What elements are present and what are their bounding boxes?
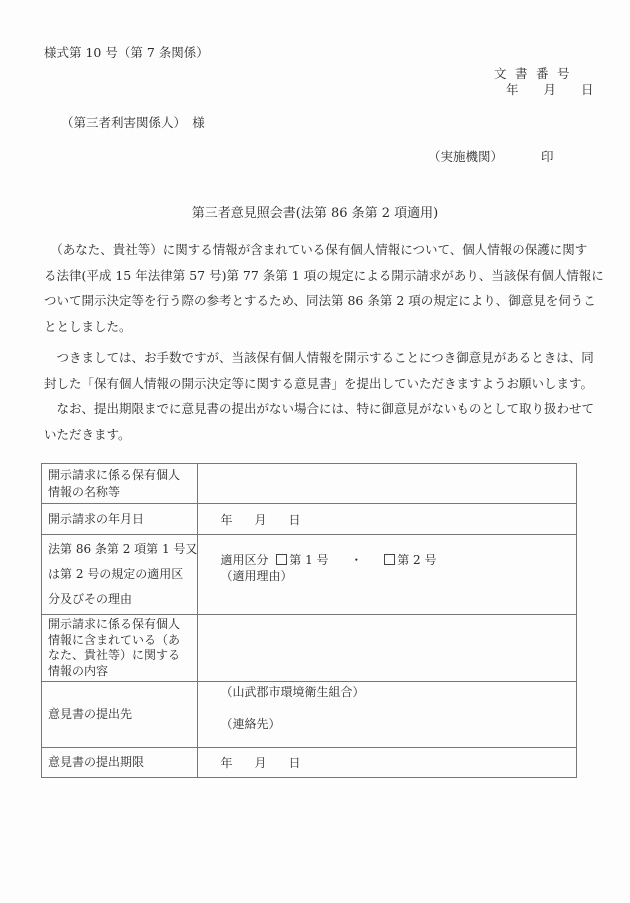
table-row: 法第 86 条第 2 項第 1 号又 は第 2 号の規定の適用区 分及びその理由…	[42, 535, 577, 615]
request-date-field[interactable]: 年月日	[198, 504, 577, 535]
date-year: 年	[220, 754, 232, 771]
date-year: 年	[220, 511, 232, 528]
document-date: 年月日	[506, 80, 594, 98]
seal-mark: 印	[541, 147, 554, 165]
table-row: 開示請求に係る保有個人 情報に含まれている（あ なた、貴社等）に関する 情報の内…	[42, 615, 577, 682]
text-line: いただきます。	[44, 422, 584, 448]
date-year: 年	[506, 80, 519, 98]
label-line: 開示請求に係る保有個人	[48, 467, 197, 484]
checkbox-icon[interactable]	[384, 554, 395, 565]
label-line: 情報の名称等	[48, 484, 197, 501]
label-line: なた、貴社等）に関する	[48, 648, 197, 664]
option-1[interactable]: 第 1 号	[276, 553, 328, 567]
date-month: 月	[254, 511, 266, 528]
organization-name: （山武郡市環境衛生組合）	[220, 683, 576, 700]
table-row: 開示請求の年月日 年月日	[42, 504, 577, 535]
row-label: 法第 86 条第 2 項第 1 号又 は第 2 号の規定の適用区 分及びその理由	[42, 535, 198, 615]
row-label: 意見書の提出期限	[42, 748, 198, 778]
row-label: 意見書の提出先	[42, 682, 198, 748]
paragraph-3: なお、提出期限までに意見書の提出がない場合には、特に御意見がないものとして取り扱…	[44, 396, 584, 447]
category-label: 適用区分	[220, 553, 268, 567]
deadline-field[interactable]: 年月日	[198, 748, 577, 778]
text-line: ついて開示決定等を行う際の参考とするため、同法第 86 条第 2 項の規定により…	[44, 288, 584, 314]
checkbox-icon[interactable]	[276, 554, 287, 565]
table-row: 意見書の提出期限 年月日	[42, 748, 577, 778]
text-line: 封した「保有個人情報の開示決定等に関する意見書」を提出していただきますようお願い…	[44, 371, 584, 397]
contact-label: （連絡先）	[220, 715, 576, 732]
document-title: 第三者意見照会書(法第 86 条第 2 項適用)	[0, 202, 630, 221]
label-line: 分及びその理由	[48, 587, 197, 612]
label-line: は第 2 号の規定の適用区	[48, 562, 197, 587]
category-field: 適用区分 第 1 号 ・ 第 2 号 （適用理由）	[198, 535, 577, 615]
paragraph-1: （あなた、貴社等）に関する情報が含まれている保有個人情報について、個人情報の保護…	[44, 237, 584, 339]
text-line: （あなた、貴社等）に関する情報が含まれている保有個人情報について、個人情報の保護…	[44, 237, 584, 263]
table-row: 開示請求に係る保有個人 情報の名称等	[42, 464, 577, 504]
option-1-label: 第 1 号	[289, 553, 328, 567]
date-day: 日	[288, 754, 300, 771]
label-line: 情報に含まれている（あ	[48, 633, 197, 649]
label-line: 開示請求に係る保有個人	[48, 617, 197, 633]
row-label: 開示請求の年月日	[42, 504, 198, 535]
option-2[interactable]: 第 2 号	[384, 553, 436, 567]
separator: ・	[350, 553, 362, 567]
text-line: つきましては、お手数ですが、当該保有個人情報を開示することにつき御意見があるとき…	[44, 345, 584, 371]
option-2-label: 第 2 号	[397, 553, 436, 567]
label-line: 開示請求の年月日	[48, 511, 197, 528]
row-label: 開示請求に係る保有個人 情報の名称等	[42, 464, 198, 504]
form-number: 様式第 10 号（第 7 条関係）	[44, 43, 209, 61]
date-day: 日	[581, 80, 594, 98]
text-line: ととしました。	[44, 314, 584, 340]
issuer: （実施機関）	[428, 147, 503, 165]
info-name-field[interactable]	[198, 464, 577, 504]
text-line: る法律(平成 15 年法律第 57 号)第 77 条第 1 項の規定による開示請…	[44, 263, 584, 289]
reason-label: （適用理由）	[220, 568, 576, 584]
date-month: 月	[254, 754, 266, 771]
label-line: 法第 86 条第 2 項第 1 号又	[48, 537, 197, 562]
paragraph-2: つきましては、お手数ですが、当該保有個人情報を開示することにつき御意見があるとき…	[44, 345, 584, 396]
inquiry-table: 開示請求に係る保有個人 情報の名称等 開示請求の年月日 年月日 法第 86 条第…	[41, 463, 577, 778]
label-line: 意見書の提出期限	[48, 754, 197, 771]
text-line: なお、提出期限までに意見書の提出がない場合には、特に御意見がないものとして取り扱…	[44, 396, 584, 422]
info-content-field[interactable]	[198, 615, 577, 682]
date-month: 月	[544, 80, 557, 98]
date-day: 日	[288, 511, 300, 528]
label-line: 情報の内容	[48, 664, 197, 680]
label-line: 意見書の提出先	[48, 706, 197, 723]
table-row: 意見書の提出先 （山武郡市環境衛生組合） （連絡先）	[42, 682, 577, 748]
submission-address-field: （山武郡市環境衛生組合） （連絡先）	[198, 682, 577, 748]
row-label: 開示請求に係る保有個人 情報に含まれている（あ なた、貴社等）に関する 情報の内…	[42, 615, 198, 682]
addressee: （第三者利害関係人） 様	[61, 113, 205, 131]
